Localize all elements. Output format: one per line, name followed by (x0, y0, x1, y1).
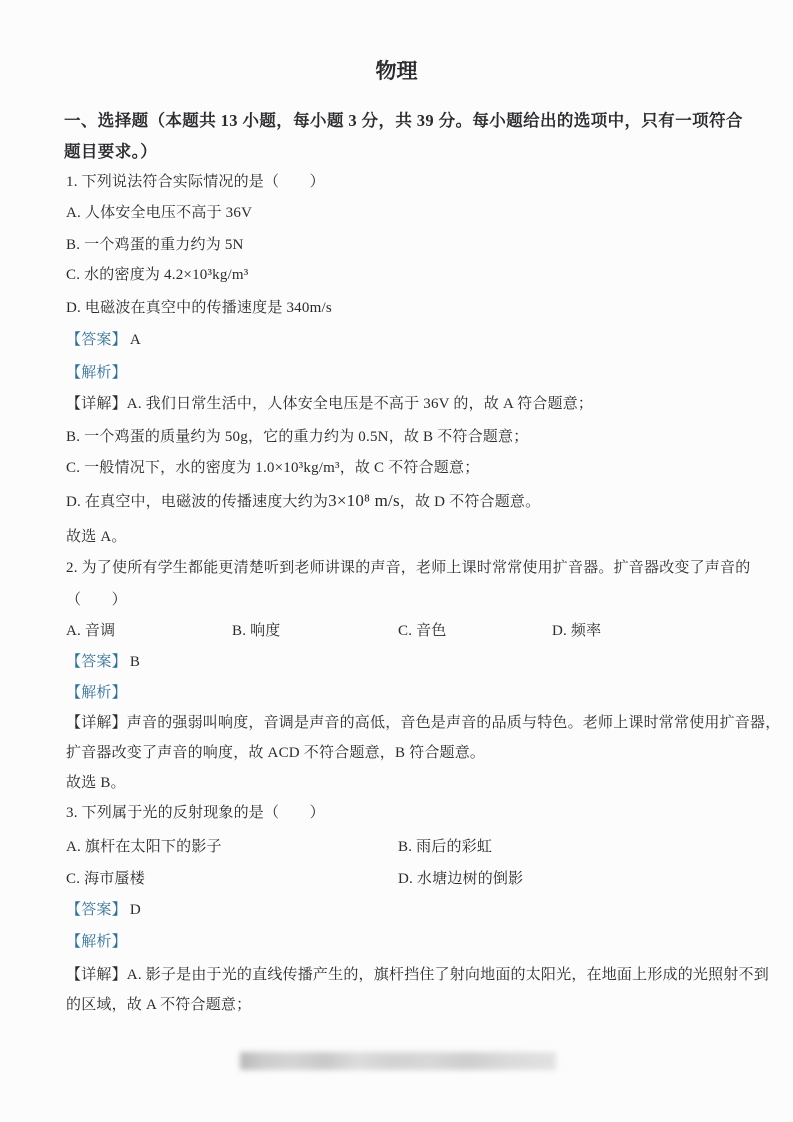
q2-detail-1: 【详解】声音的强弱叫响度，音调是声音的高低，音色是声音的品质与特色。老师上课时常… (66, 713, 780, 734)
q1-stem: 1. 下列说法符合实际情况的是（ ） (66, 172, 325, 193)
q3-option-d: D. 水塘边树的倒影 (398, 869, 523, 890)
q3-detail-1: 【详解】A. 影子是由于光的直线传播产生的，旗杆挡住了射向地面的太阳光，在地面上… (66, 965, 769, 986)
page-title: 物理 (0, 58, 793, 84)
q2-answer-line: 【答案】B (66, 652, 140, 673)
q2-option-a: A. 音调 (66, 621, 115, 642)
q1-detail-4-formula: 3×10⁸ m/s (328, 491, 400, 510)
q1-answer-value: A (130, 332, 141, 348)
q1-answer-label: 【答案】 (66, 332, 127, 348)
q3-option-b: B. 雨后的彩虹 (398, 837, 492, 858)
q1-detail-2: B. 一个鸡蛋的质量约为 50g，它的重力约为 0.5N，故 B 不符合题意； (66, 427, 528, 448)
q2-option-c: C. 音色 (398, 621, 447, 642)
q2-detail-2: 扩音器改变了声音的响度，故 ACD 不符合题意，B 符合题意。 (66, 743, 485, 764)
q1-answer-line: 【答案】A (66, 330, 141, 351)
q2-answer-value: B (130, 654, 140, 670)
q2-option-d: D. 频率 (552, 621, 601, 642)
q2-answer-label: 【答案】 (66, 654, 127, 670)
q3-option-c: C. 海市蜃楼 (66, 869, 145, 890)
q1-option-c: C. 水的密度为 4.2×10³kg/m³ (66, 265, 249, 286)
q2-stem-line1: 2. 为了使所有学生都能更清楚听到老师讲课的声音，老师上课时常常使用扩音器。扩音… (66, 558, 750, 579)
q2-conclusion: 故选 B。 (66, 773, 126, 794)
q2-analysis-label: 【解析】 (66, 683, 127, 704)
q1-option-b: B. 一个鸡蛋的重力约为 5N (66, 235, 244, 256)
section-heading-line2: 题目要求。） (64, 141, 157, 163)
q1-detail-4: D. 在真空中，电磁波的传播速度大约为3×10⁸ m/s，故 D 不符合题意。 (66, 490, 540, 513)
blurred-watermark (240, 1052, 556, 1070)
q3-stem: 3. 下列属于光的反射现象的是（ ） (66, 803, 325, 824)
q1-conclusion: 故选 A。 (66, 527, 127, 548)
q2-option-b: B. 响度 (232, 621, 281, 642)
q1-analysis-label: 【解析】 (66, 363, 127, 384)
q3-option-a: A. 旗杆在太阳下的影子 (66, 837, 222, 858)
q1-option-a: A. 人体安全电压不高于 36V (66, 203, 252, 224)
q2-stem-line2: （ ） (66, 590, 127, 611)
q3-answer-line: 【答案】D (66, 900, 141, 921)
q3-answer-label: 【答案】 (66, 902, 127, 918)
q1-detail-1: 【详解】A. 我们日常生活中，人体安全电压是不高于 36V 的，故 A 符合题意… (66, 394, 593, 415)
q3-detail-2: 的区域，故 A 不符合题意； (66, 995, 251, 1016)
q1-detail-3: C. 一般情况下，水的密度为 1.0×10³kg/m³，故 C 不符合题意； (66, 458, 479, 479)
q3-analysis-label: 【解析】 (66, 932, 127, 953)
exam-document-page: 物理 一、选择题（本题共 13 小题，每小题 3 分，共 39 分。每小题给出的… (0, 0, 793, 1122)
q3-answer-value: D (130, 902, 141, 918)
section-heading-line1: 一、选择题（本题共 13 小题，每小题 3 分，共 39 分。每小题给出的选项中… (64, 110, 743, 132)
q1-option-d: D. 电磁波在真空中的传播速度是 340m/s (66, 298, 332, 319)
